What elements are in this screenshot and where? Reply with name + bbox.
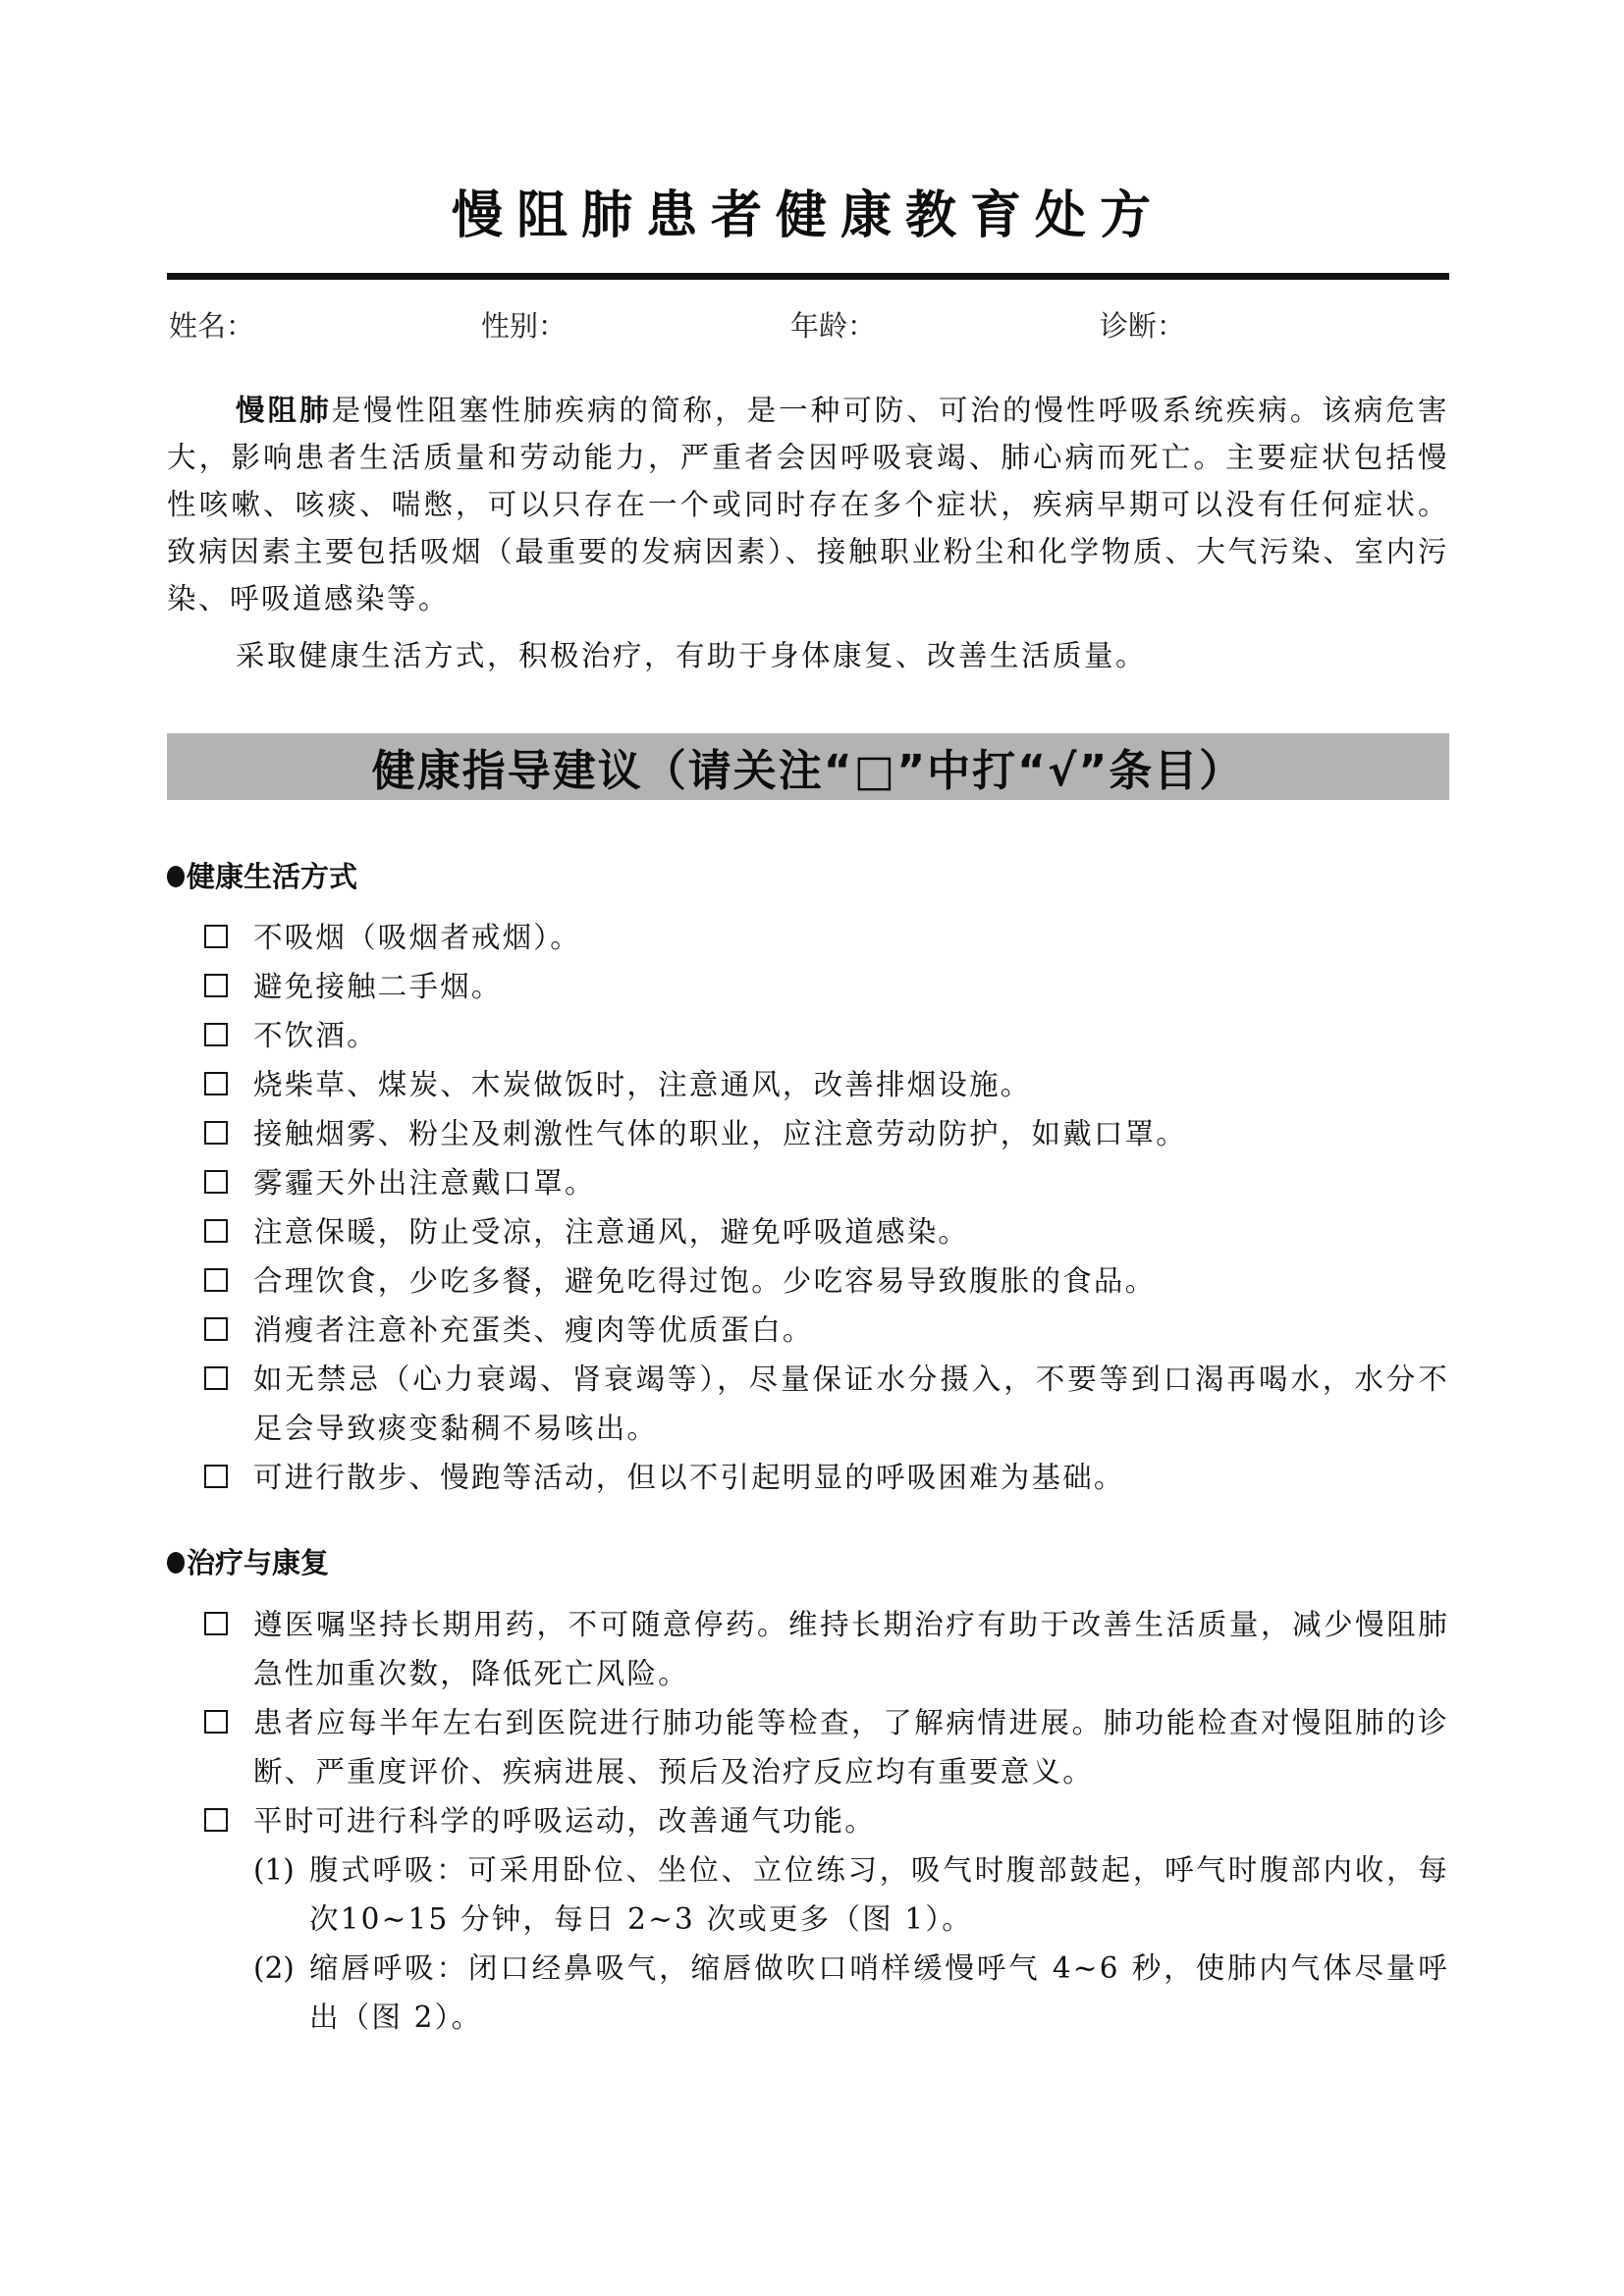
- checkbox-icon[interactable]: [204, 1268, 228, 1292]
- sub-item-number: (2): [253, 1944, 295, 1993]
- breathing-exercise-item: (1) 腹式呼吸：可采用卧位、坐位、立位练习，吸气时腹部鼓起，呼气时腹部内收，每…: [253, 1845, 1449, 1944]
- checkbox-icon[interactable]: [204, 1072, 228, 1095]
- checkbox-icon[interactable]: [204, 974, 228, 997]
- title-rule-divider: [167, 273, 1449, 280]
- checkbox-icon[interactable]: [204, 1465, 228, 1488]
- checkbox-icon[interactable]: [204, 1170, 228, 1194]
- breathing-exercise-item: (2) 缩唇呼吸：闭口经鼻吸气，缩唇做吹口哨样缓慢呼气 4~6 秒，使肺内气体尽…: [253, 1944, 1449, 2042]
- treatment-checklist: 遵医嘱坚持长期用药，不可随意停药。维持长期治疗有助于改善生活质量，减少慢阻肺急性…: [204, 1600, 1449, 2042]
- checkbox-icon[interactable]: [204, 1121, 228, 1145]
- field-name[interactable]: 姓名：: [169, 304, 451, 347]
- field-age[interactable]: 年龄：: [790, 304, 1072, 347]
- guidance-banner-title: 健康指导建议（请关注“□”中打“√”条目）: [372, 735, 1245, 798]
- checklist-item[interactable]: 平时可进行科学的呼吸运动，改善通气功能。 (1) 腹式呼吸：可采用卧位、坐位、立…: [204, 1796, 1449, 2042]
- bullet-icon: [167, 1552, 185, 1574]
- checklist-item[interactable]: 消瘦者注意补充蛋类、瘦肉等优质蛋白。: [204, 1306, 1449, 1355]
- checklist-item[interactable]: 接触烟雾、粉尘及刺激性气体的职业，应注意劳动防护，如戴口罩。: [204, 1109, 1449, 1158]
- checklist-item-text: 不吸烟（吸烟者戒烟）。: [253, 921, 581, 954]
- sub-item-text: 缩唇呼吸：闭口经鼻吸气，缩唇做吹口哨样缓慢呼气 4~6 秒，使肺内气体尽量呼出（…: [309, 1951, 1449, 2034]
- sub-item-text: 腹式呼吸：可采用卧位、坐位、立位练习，吸气时腹部鼓起，呼气时腹部内收，每次10~…: [309, 1853, 1449, 1936]
- intro-paragraph-2: 采取健康生活方式，积极治疗，有助于身体康复、改善生活质量。: [167, 632, 1449, 679]
- checklist-item[interactable]: 烧柴草、煤炭、木炭做饭时，注意通风，改善排烟设施。: [204, 1060, 1449, 1109]
- checklist-item[interactable]: 患者应每半年左右到医院进行肺功能等检查，了解病情进展。肺功能检查对慢阻肺的诊断、…: [204, 1698, 1449, 1796]
- checklist-item-text: 遵医嘱坚持长期用药，不可随意停药。维持长期治疗有助于改善生活质量，减少慢阻肺急性…: [253, 1608, 1449, 1690]
- field-diagnosis-label: 诊断：: [1100, 309, 1185, 343]
- field-age-value[interactable]: [876, 313, 1072, 343]
- checklist-item-text: 平时可进行科学的呼吸运动，改善通气功能。: [253, 1804, 876, 1838]
- checkbox-icon[interactable]: [204, 1023, 228, 1046]
- field-age-label: 年龄：: [790, 309, 876, 343]
- document-title: 慢阻肺患者健康教育处方: [167, 185, 1449, 247]
- field-name-value[interactable]: [254, 313, 451, 343]
- sub-item-number: (1): [253, 1845, 295, 1895]
- guidance-banner: 健康指导建议（请关注“□”中打“√”条目）: [167, 733, 1449, 800]
- checklist-item[interactable]: 如无禁忌（心力衰竭、肾衰竭等），尽量保证水分摄入，不要等到口渴再喝水，水分不足会…: [204, 1355, 1449, 1453]
- checkbox-icon[interactable]: [204, 1317, 228, 1341]
- intro-paragraph-1: 慢阻肺是慢性阻塞性肺疾病的简称，是一种可防、可治的慢性呼吸系统疾病。该病危害大，…: [167, 387, 1449, 622]
- intro-paragraph-1-text: 是慢性阻塞性肺疾病的简称，是一种可防、可治的慢性呼吸系统疾病。该病危害大，影响患…: [167, 394, 1449, 615]
- checklist-item-text: 不饮酒。: [253, 1019, 378, 1052]
- checklist-item-text: 接触烟雾、粉尘及刺激性气体的职业，应注意劳动防护，如戴口罩。: [253, 1117, 1187, 1150]
- checklist-item-text: 患者应每半年左右到医院进行肺功能等检查，了解病情进展。肺功能检查对慢阻肺的诊断、…: [253, 1706, 1449, 1789]
- checklist-item-text: 合理饮食，少吃多餐，避免吃得过饱。少吃容易导致腹胀的食品。: [253, 1264, 1156, 1298]
- field-diagnosis-value[interactable]: [1185, 313, 1381, 343]
- field-gender[interactable]: 性别：: [481, 304, 763, 347]
- patient-info-fields: 姓名： 性别： 年龄： 诊断：: [167, 304, 1449, 347]
- checklist-item[interactable]: 遵医嘱坚持长期用药，不可随意停药。维持长期治疗有助于改善生活质量，减少慢阻肺急性…: [204, 1600, 1449, 1698]
- checklist-item-text: 如无禁忌（心力衰竭、肾衰竭等），尽量保证水分摄入，不要等到口渴再喝水，水分不足会…: [253, 1362, 1449, 1445]
- checklist-item[interactable]: 雾霾天外出注意戴口罩。: [204, 1158, 1449, 1207]
- checklist-item[interactable]: 合理饮食，少吃多餐，避免吃得过饱。少吃容易导致腹胀的食品。: [204, 1256, 1449, 1306]
- checklist-item-text: 避免接触二手烟。: [253, 970, 503, 1003]
- checklist-item-text: 可进行散步、慢跑等活动，但以不引起明显的呼吸困难为基础。: [253, 1461, 1125, 1494]
- checklist-item-text: 烧柴草、煤炭、木炭做饭时，注意通风，改善排烟设施。: [253, 1068, 1032, 1101]
- checklist-item-text: 雾霾天外出注意戴口罩。: [253, 1166, 596, 1200]
- checkbox-icon[interactable]: [204, 1219, 228, 1243]
- checklist-item[interactable]: 不吸烟（吸烟者戒烟）。: [204, 913, 1449, 962]
- checklist-item-text: 注意保暖，防止受凉，注意通风，避免呼吸道感染。: [253, 1215, 969, 1249]
- checkbox-icon[interactable]: [204, 1366, 228, 1390]
- field-name-label: 姓名：: [169, 309, 254, 343]
- field-gender-label: 性别：: [481, 309, 567, 343]
- checkbox-icon[interactable]: [204, 1612, 228, 1635]
- checklist-item[interactable]: 避免接触二手烟。: [204, 962, 1449, 1011]
- bullet-icon: [167, 866, 185, 887]
- checkbox-icon[interactable]: [204, 925, 228, 948]
- field-diagnosis[interactable]: 诊断：: [1100, 304, 1381, 347]
- lifestyle-checklist: 不吸烟（吸烟者戒烟）。 避免接触二手烟。 不饮酒。 烧柴草、煤炭、木炭做饭时，注…: [204, 913, 1449, 1502]
- section-heading-lifestyle-label: 健康生活方式: [187, 857, 357, 896]
- intro-section: 慢阻肺是慢性阻塞性肺疾病的简称，是一种可防、可治的慢性呼吸系统疾病。该病危害大，…: [167, 387, 1449, 679]
- section-heading-treatment-label: 治疗与康复: [187, 1543, 329, 1582]
- field-gender-value[interactable]: [567, 313, 763, 343]
- checklist-item[interactable]: 可进行散步、慢跑等活动，但以不引起明显的呼吸困难为基础。: [204, 1453, 1449, 1502]
- checkbox-icon[interactable]: [204, 1710, 228, 1734]
- checklist-item[interactable]: 不饮酒。: [204, 1011, 1449, 1060]
- checklist-item[interactable]: 注意保暖，防止受凉，注意通风，避免呼吸道感染。: [204, 1207, 1449, 1256]
- section-heading-lifestyle: 健康生活方式: [167, 857, 357, 896]
- checkbox-icon[interactable]: [204, 1808, 228, 1832]
- copd-term: 慢阻肺: [236, 393, 332, 427]
- checklist-item-text: 消瘦者注意补充蛋类、瘦肉等优质蛋白。: [253, 1313, 814, 1347]
- section-heading-treatment: 治疗与康复: [167, 1543, 329, 1582]
